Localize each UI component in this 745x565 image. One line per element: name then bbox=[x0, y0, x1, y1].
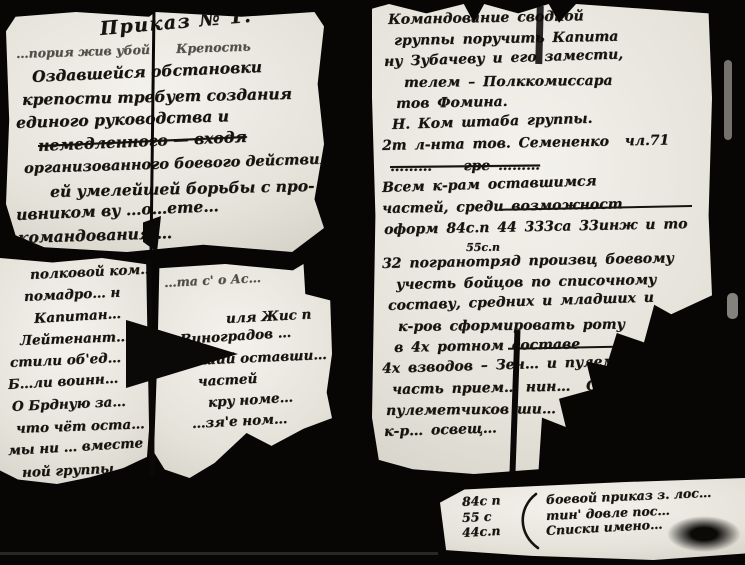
handwritten-line: ной группы bbox=[22, 456, 151, 484]
curly-bracket bbox=[514, 492, 540, 550]
unit-list-item: 44с.п bbox=[462, 523, 501, 541]
paper-fragment-right-column: Командование сводной группы поручить Кап… bbox=[372, 4, 712, 474]
photo-of-handwritten-order: Приказ № 1. …пория жив убой Крепость Озд… bbox=[0, 0, 745, 565]
edge-mark bbox=[724, 60, 732, 140]
paper-fragment-bottom-strip: 84с п 55 с 44с.п боевой приказ з. лос… т… bbox=[440, 478, 745, 560]
edge-mark bbox=[727, 293, 738, 319]
paper-fragment-top-left: Приказ № 1. …пория жив убой Крепость Озд… bbox=[6, 12, 324, 252]
handwritten-line: …та с' о Ас… bbox=[163, 263, 332, 293]
unit-list: 84с п 55 с 44с.п bbox=[462, 494, 500, 541]
unit-list-item: 84с п bbox=[462, 492, 501, 509]
photo-edge-line bbox=[0, 552, 438, 555]
ink-smudge bbox=[667, 516, 741, 552]
